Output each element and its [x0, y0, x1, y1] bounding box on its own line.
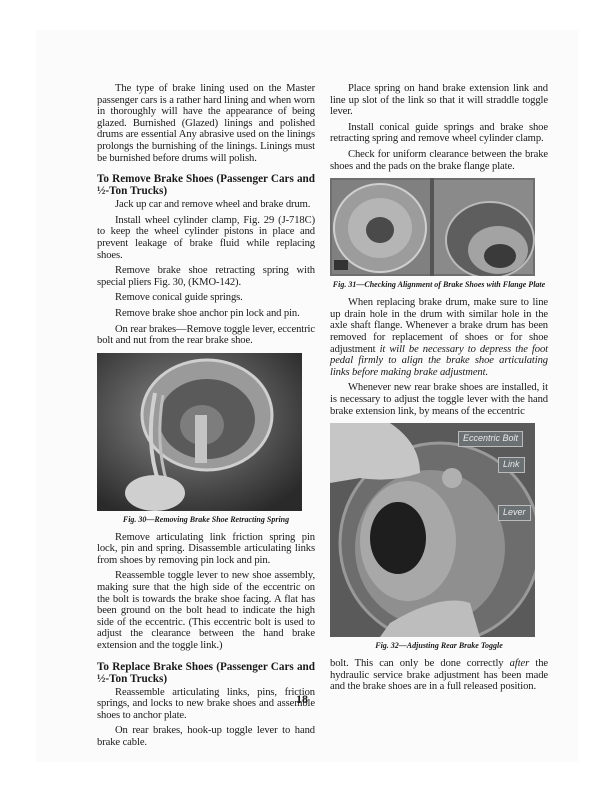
bolt-text-a: bolt. This can only be done correctly: [330, 658, 510, 669]
figure-30-caption: Fig. 30—Removing Brake Shoe Retracting S…: [97, 515, 315, 524]
figure-32-caption: Fig. 32—Adjusting Rear Brake Toggle: [330, 641, 548, 650]
brake-spring-photo-icon: [97, 353, 302, 511]
paragraph-rear-brakes-remove: On rear brakes—Remove toggle lever, ecce…: [97, 324, 315, 347]
paragraph-reassemble-toggle: Reassemble toggle lever to new shoe asse…: [97, 570, 315, 651]
paragraph-replacing-drum: When replacing brake drum, make sure to …: [330, 297, 548, 378]
paragraph-place-spring: Place spring on hand brake extension lin…: [330, 83, 548, 118]
bolt-text-italic: after: [510, 658, 530, 669]
paragraph-articulating-link: Remove articulating link friction spring…: [97, 532, 315, 567]
paragraph-anchor-pin: Remove brake shoe anchor pin lock and pi…: [97, 308, 315, 320]
paragraph-new-rear-shoes: Whenever new rear brake shoes are instal…: [330, 382, 548, 417]
figure-31-photo: [330, 178, 535, 276]
paragraph-bolt-after: bolt. This can only be done correctly af…: [330, 658, 548, 693]
paragraph-retracting-spring: Remove brake shoe retracting spring with…: [97, 265, 315, 288]
paragraph-check-clearance: Check for uniform clearance between the …: [330, 149, 548, 172]
brake-alignment-photo-icon: [330, 178, 535, 276]
figure-31-caption: Fig. 31—Checking Alignment of Brake Shoe…: [330, 280, 548, 289]
heading-replace-brake-shoes: To Replace Brake Shoes (Passenger Cars a…: [97, 661, 315, 685]
right-column: Place spring on hand brake extension lin…: [330, 83, 548, 697]
paragraph-conical-springs: Remove conical guide springs.: [97, 292, 315, 304]
heading-remove-brake-shoes: To Remove Brake Shoes (Passenger Cars an…: [97, 173, 315, 197]
paragraph-brake-lining: The type of brake lining used on the Mas…: [97, 83, 315, 164]
figure-30-photo: [97, 353, 302, 511]
paragraph-reassemble-links: Reassemble articulating links, pins, fri…: [97, 687, 315, 722]
left-column: The type of brake lining used on the Mas…: [97, 83, 315, 753]
paragraph-install-conical: Install conical guide springs and brake …: [330, 122, 548, 145]
brake-toggle-photo-icon: [330, 423, 535, 637]
paragraph-jack-up: Jack up car and remove wheel and brake d…: [97, 199, 315, 211]
label-link: Link: [498, 457, 525, 473]
label-eccentric-bolt: Eccentric Bolt: [458, 431, 523, 447]
page-number: 18: [296, 692, 308, 707]
paragraph-hookup-toggle: On rear brakes, hook-up toggle lever to …: [97, 725, 315, 748]
figure-32-photo: Eccentric Bolt Link Lever: [330, 423, 535, 637]
label-lever: Lever: [498, 505, 531, 521]
paragraph-cylinder-clamp: Install wheel cylinder clamp, Fig. 29 (J…: [97, 215, 315, 261]
